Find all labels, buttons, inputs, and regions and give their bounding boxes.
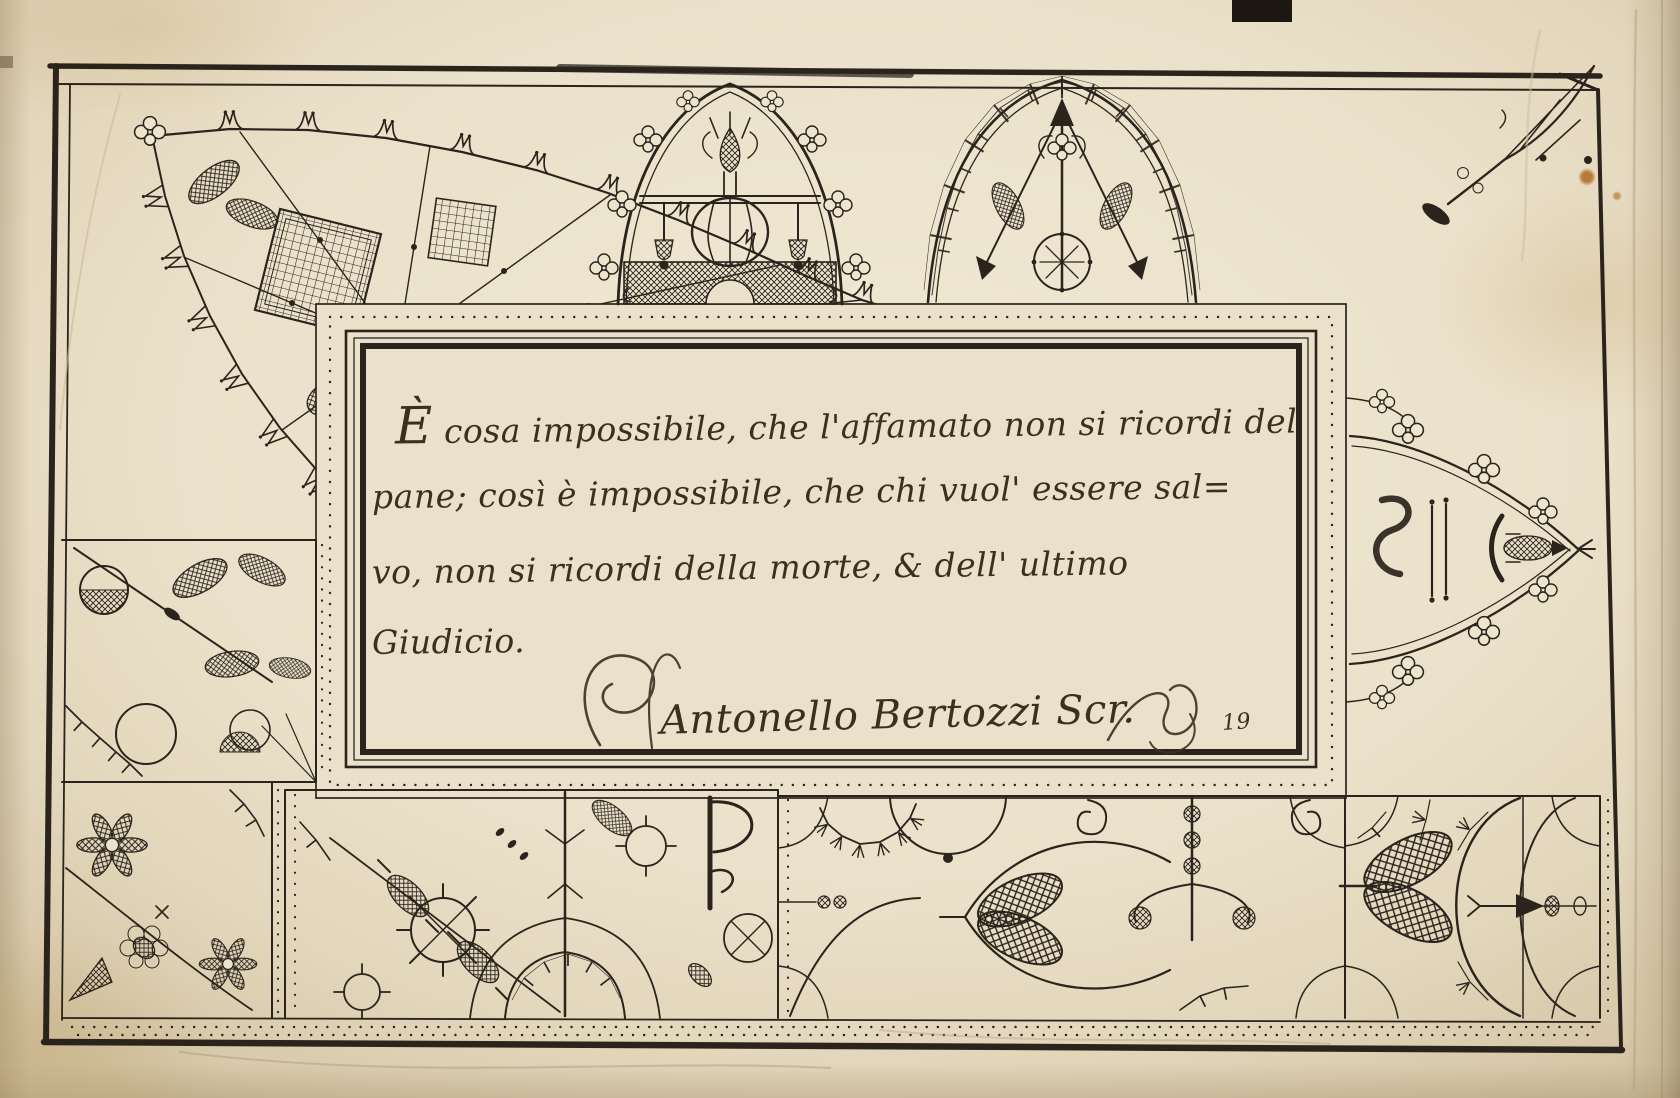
inscription-line-4: Giudicio. (372, 621, 526, 662)
ogival-arch-motif-left (590, 84, 870, 304)
almond-leaf-lace-motif (1346, 389, 1595, 708)
thorn-lace-sample-panel (285, 790, 778, 1018)
left-lace-sample-panels (62, 540, 322, 1018)
ogival-arch-motif-right (924, 76, 1200, 302)
inscription-line-1: È cosa impossibile, che l'affamato non s… (395, 386, 1298, 456)
leaf-arrow-lace-sample-panel (1340, 796, 1608, 1018)
vine-lace-sample-panel (778, 796, 1345, 1018)
lace-pattern-plate: È cosa impossibile, che l'affamato non s… (0, 0, 1680, 1098)
plate-number: 19 (1221, 709, 1252, 736)
